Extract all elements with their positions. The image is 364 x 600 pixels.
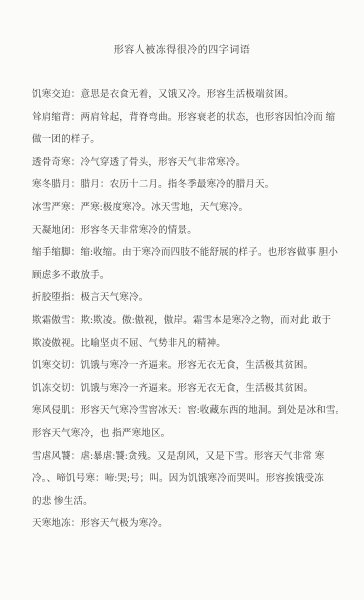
entry: 耸肩缩背：两肩耸起，背脊弯曲。形容衰老的状态，也形容因怕冷而 缩做一团的样子。 [32, 107, 338, 152]
entry-line: 折胶堕指：极言天气寒冷。 [32, 287, 338, 310]
entry-line: 形容天气寒冷，也 指严寒地区。 [32, 423, 338, 446]
entry-line: 透骨奇寒：冷气穿透了骨头，形容天气非常寒冷。 [32, 152, 338, 175]
entry: 饥寒交切：饥饿与寒冷一齐逼来。形容无衣无食，生活极其贫困。 [32, 355, 338, 378]
entry: 饥冻交切：饥饿与寒冷一齐逼来。形容无衣无食，生活极其贫困。 [32, 378, 338, 401]
entry-line: 顾虑多不敢放手。 [32, 265, 338, 288]
entry: 透骨奇寒：冷气穿透了骨头，形容天气非常寒冷。 [32, 152, 338, 175]
entry-line: 寒冬腊月：腊月：农历十二月。指冬季最寒冷的腊月天。 [32, 174, 338, 197]
entry: 天凝地闭：形容冬天非常寒冷的情景。 [32, 220, 338, 243]
page-title: 形容人被冻得很冷的四字词语 [0, 0, 364, 58]
entry-line: 冰雪严寒：严寒:极度寒冷。冰天雪地，天气寒冷。 [32, 197, 338, 220]
entry: 寒冬腊月：腊月：农历十二月。指冬季最寒冷的腊月天。 [32, 174, 338, 197]
entry-line: 欺凌傲视。比喻坚贞不屈、气势非凡的精神。 [32, 333, 338, 356]
entry-line: 饥冻交切：饥饿与寒冷一齐逼来。形容无衣无食，生活极其贫困。 [32, 378, 338, 401]
entry: 雪虐风饕：虐:暴虐:饕:贪残。又是刮风，又是下雪。形容天气非常 寒冷。、啼饥号寒… [32, 446, 338, 514]
entry-line: 欺霜傲雪：欺:欺凌。傲:傲视，傲岸。霜雪本是寒冷之物，而对此 敢于 [32, 310, 338, 333]
entry: 欺霜傲雪：欺:欺凌。傲:傲视，傲岸。霜雪本是寒冷之物，而对此 敢于欺凌傲视。比喻… [32, 310, 338, 355]
entry-line: 缩手缩脚：缩:收缩。由于寒冷而四肢不能舒展的样子。也形容做事 胆小， [32, 242, 338, 265]
entry: 天寒地冻：形容天气极为寒冷。 [32, 513, 338, 536]
entry: 冰雪严寒：严寒:极度寒冷。冰天雪地，天气寒冷。 [32, 197, 338, 220]
document-page: 形容人被冻得很冷的四字词语 饥寒交迫：意思是衣食无着，又饿又冷。形容生活极端贫困… [0, 0, 364, 600]
entry-line: 雪虐风饕：虐:暴虐:饕:贪残。又是刮风，又是下雪。形容天气非常 寒 [32, 446, 338, 469]
document-body: 饥寒交迫：意思是衣食无着，又饿又冷。形容生活极端贫困。耸肩缩背：两肩耸起，背脊弯… [0, 58, 364, 536]
entry: 折胶堕指：极言天气寒冷。 [32, 287, 338, 310]
entry: 饥寒交迫：意思是衣食无着，又饿又冷。形容生活极端贫困。 [32, 84, 338, 107]
entry-line: 饥寒交迫：意思是衣食无着，又饿又冷。形容生活极端贫困。 [32, 84, 338, 107]
entry: 寒风侵肌：形容天气寒冷雪窖冰天：窖:收藏东西的地洞。到处是冰和雪。形容天气寒冷，… [32, 400, 338, 445]
entry-line: 寒风侵肌：形容天气寒冷雪窖冰天：窖:收藏东西的地洞。到处是冰和雪。 [32, 400, 338, 423]
entry-line: 冷。、啼饥号寒：啼:哭;号；叫。因为饥饿寒冷而哭叫。形容挨饿受冻 [32, 468, 338, 491]
entry-line: 做一团的样子。 [32, 129, 338, 152]
entry-line: 天凝地闭：形容冬天非常寒冷的情景。 [32, 220, 338, 243]
entry-line: 天寒地冻：形容天气极为寒冷。 [32, 513, 338, 536]
entry-line: 的悲 惨生活。 [32, 491, 338, 514]
entry: 缩手缩脚：缩:收缩。由于寒冷而四肢不能舒展的样子。也形容做事 胆小，顾虑多不敢放… [32, 242, 338, 287]
entry-line: 耸肩缩背：两肩耸起，背脊弯曲。形容衰老的状态，也形容因怕冷而 缩 [32, 107, 338, 130]
entry-line: 饥寒交切：饥饿与寒冷一齐逼来。形容无衣无食，生活极其贫困。 [32, 355, 338, 378]
